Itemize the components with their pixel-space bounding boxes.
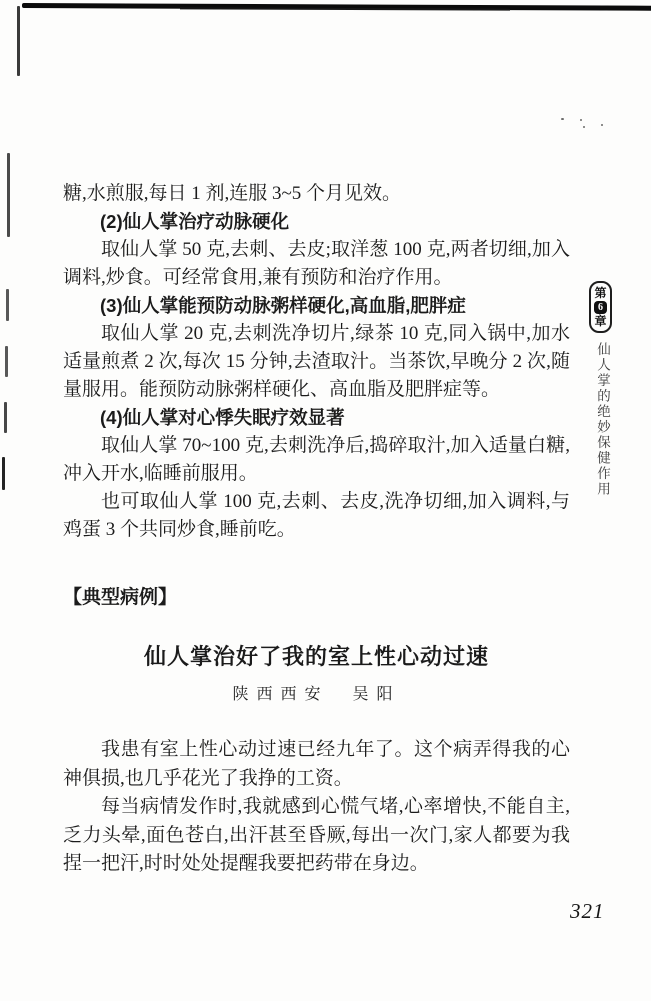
scan-artifact-dash xyxy=(6,289,9,321)
case-paragraph: 我患有室上性心动过速已经九年了。这个病弄得我的心神俱损,也几乎花光了我挣的工资。 xyxy=(63,736,570,793)
case-paragraph: 每当病情发作时,我就感到心慌气堵,心率增快,不能自主,乏力头晕,面色苍白,出汗甚… xyxy=(63,793,570,879)
body-paragraph: 取仙人掌 50 克,去刺、去皮;取洋葱 100 克,两者切细,加入调料,炒食。可… xyxy=(63,236,570,292)
scan-artifact-dash xyxy=(17,6,20,76)
chapter-badge-suffix: 章 xyxy=(594,315,606,328)
scan-speckle xyxy=(561,118,564,120)
scan-artifact-dash xyxy=(7,153,10,237)
body-text: 糖,水煎服,每日 1 剂,连服 3~5 个月见效。(2)仙人掌治疗动脉硬化取仙人… xyxy=(63,180,570,544)
scan-artifact-dash xyxy=(5,346,8,377)
scan-speckle xyxy=(583,126,585,128)
body-paragraph: 糖,水煎服,每日 1 剂,连服 3~5 个月见效。 xyxy=(63,180,570,208)
page-number: 321 xyxy=(570,899,605,924)
body-paragraph: 也可取仙人掌 100 克,去刺、去皮,洗净切细,加入调料,与鸡蛋 3 个共同炒食… xyxy=(63,488,570,544)
scan-artifact-dash xyxy=(4,402,7,433)
section-label: 【典型病例】 xyxy=(63,582,177,609)
chapter-badge: 第 6 章 xyxy=(589,281,612,333)
scan-artifact-dash xyxy=(2,457,5,490)
scan-speckle xyxy=(580,119,582,121)
chapter-tab: 第 6 章 xyxy=(589,281,615,333)
body-heading: (2)仙人掌治疗动脉硬化 xyxy=(63,208,570,236)
body-paragraph: 取仙人掌 20 克,去刺洗净切片,绿茶 10 克,同入锅中,加水适量煎煮 2 次… xyxy=(63,320,570,404)
chapter-number: 6 xyxy=(594,301,607,314)
body-paragraph: 取仙人掌 70~100 克,去刺洗净后,捣碎取汁,加入适量白糖,冲入开水,临睡前… xyxy=(63,432,570,488)
body-heading: (3)仙人掌能预防动脉粥样硬化,高血脂,肥胖症 xyxy=(63,292,570,320)
chapter-badge-prefix: 第 xyxy=(594,287,606,300)
chapter-title-vertical: 仙人掌的绝妙保健作用 xyxy=(592,342,612,502)
body-heading: (4)仙人掌对心悸失眠疗效显著 xyxy=(63,404,570,432)
case-title: 仙人掌治好了我的室上性心动过速 xyxy=(63,640,570,671)
case-byline: 陕西西安 吴阳 xyxy=(63,681,570,704)
scan-speckle xyxy=(601,124,603,126)
case-paragraphs: 我患有室上性心动过速已经九年了。这个病弄得我的心神俱损,也几乎花光了我挣的工资。… xyxy=(63,736,570,879)
book-page: 第 6 章 仙人掌的绝妙保健作用 糖,水煎服,每日 1 剂,连服 3~5 个月见… xyxy=(0,0,651,1001)
scan-top-rule-fragment xyxy=(180,7,510,10)
